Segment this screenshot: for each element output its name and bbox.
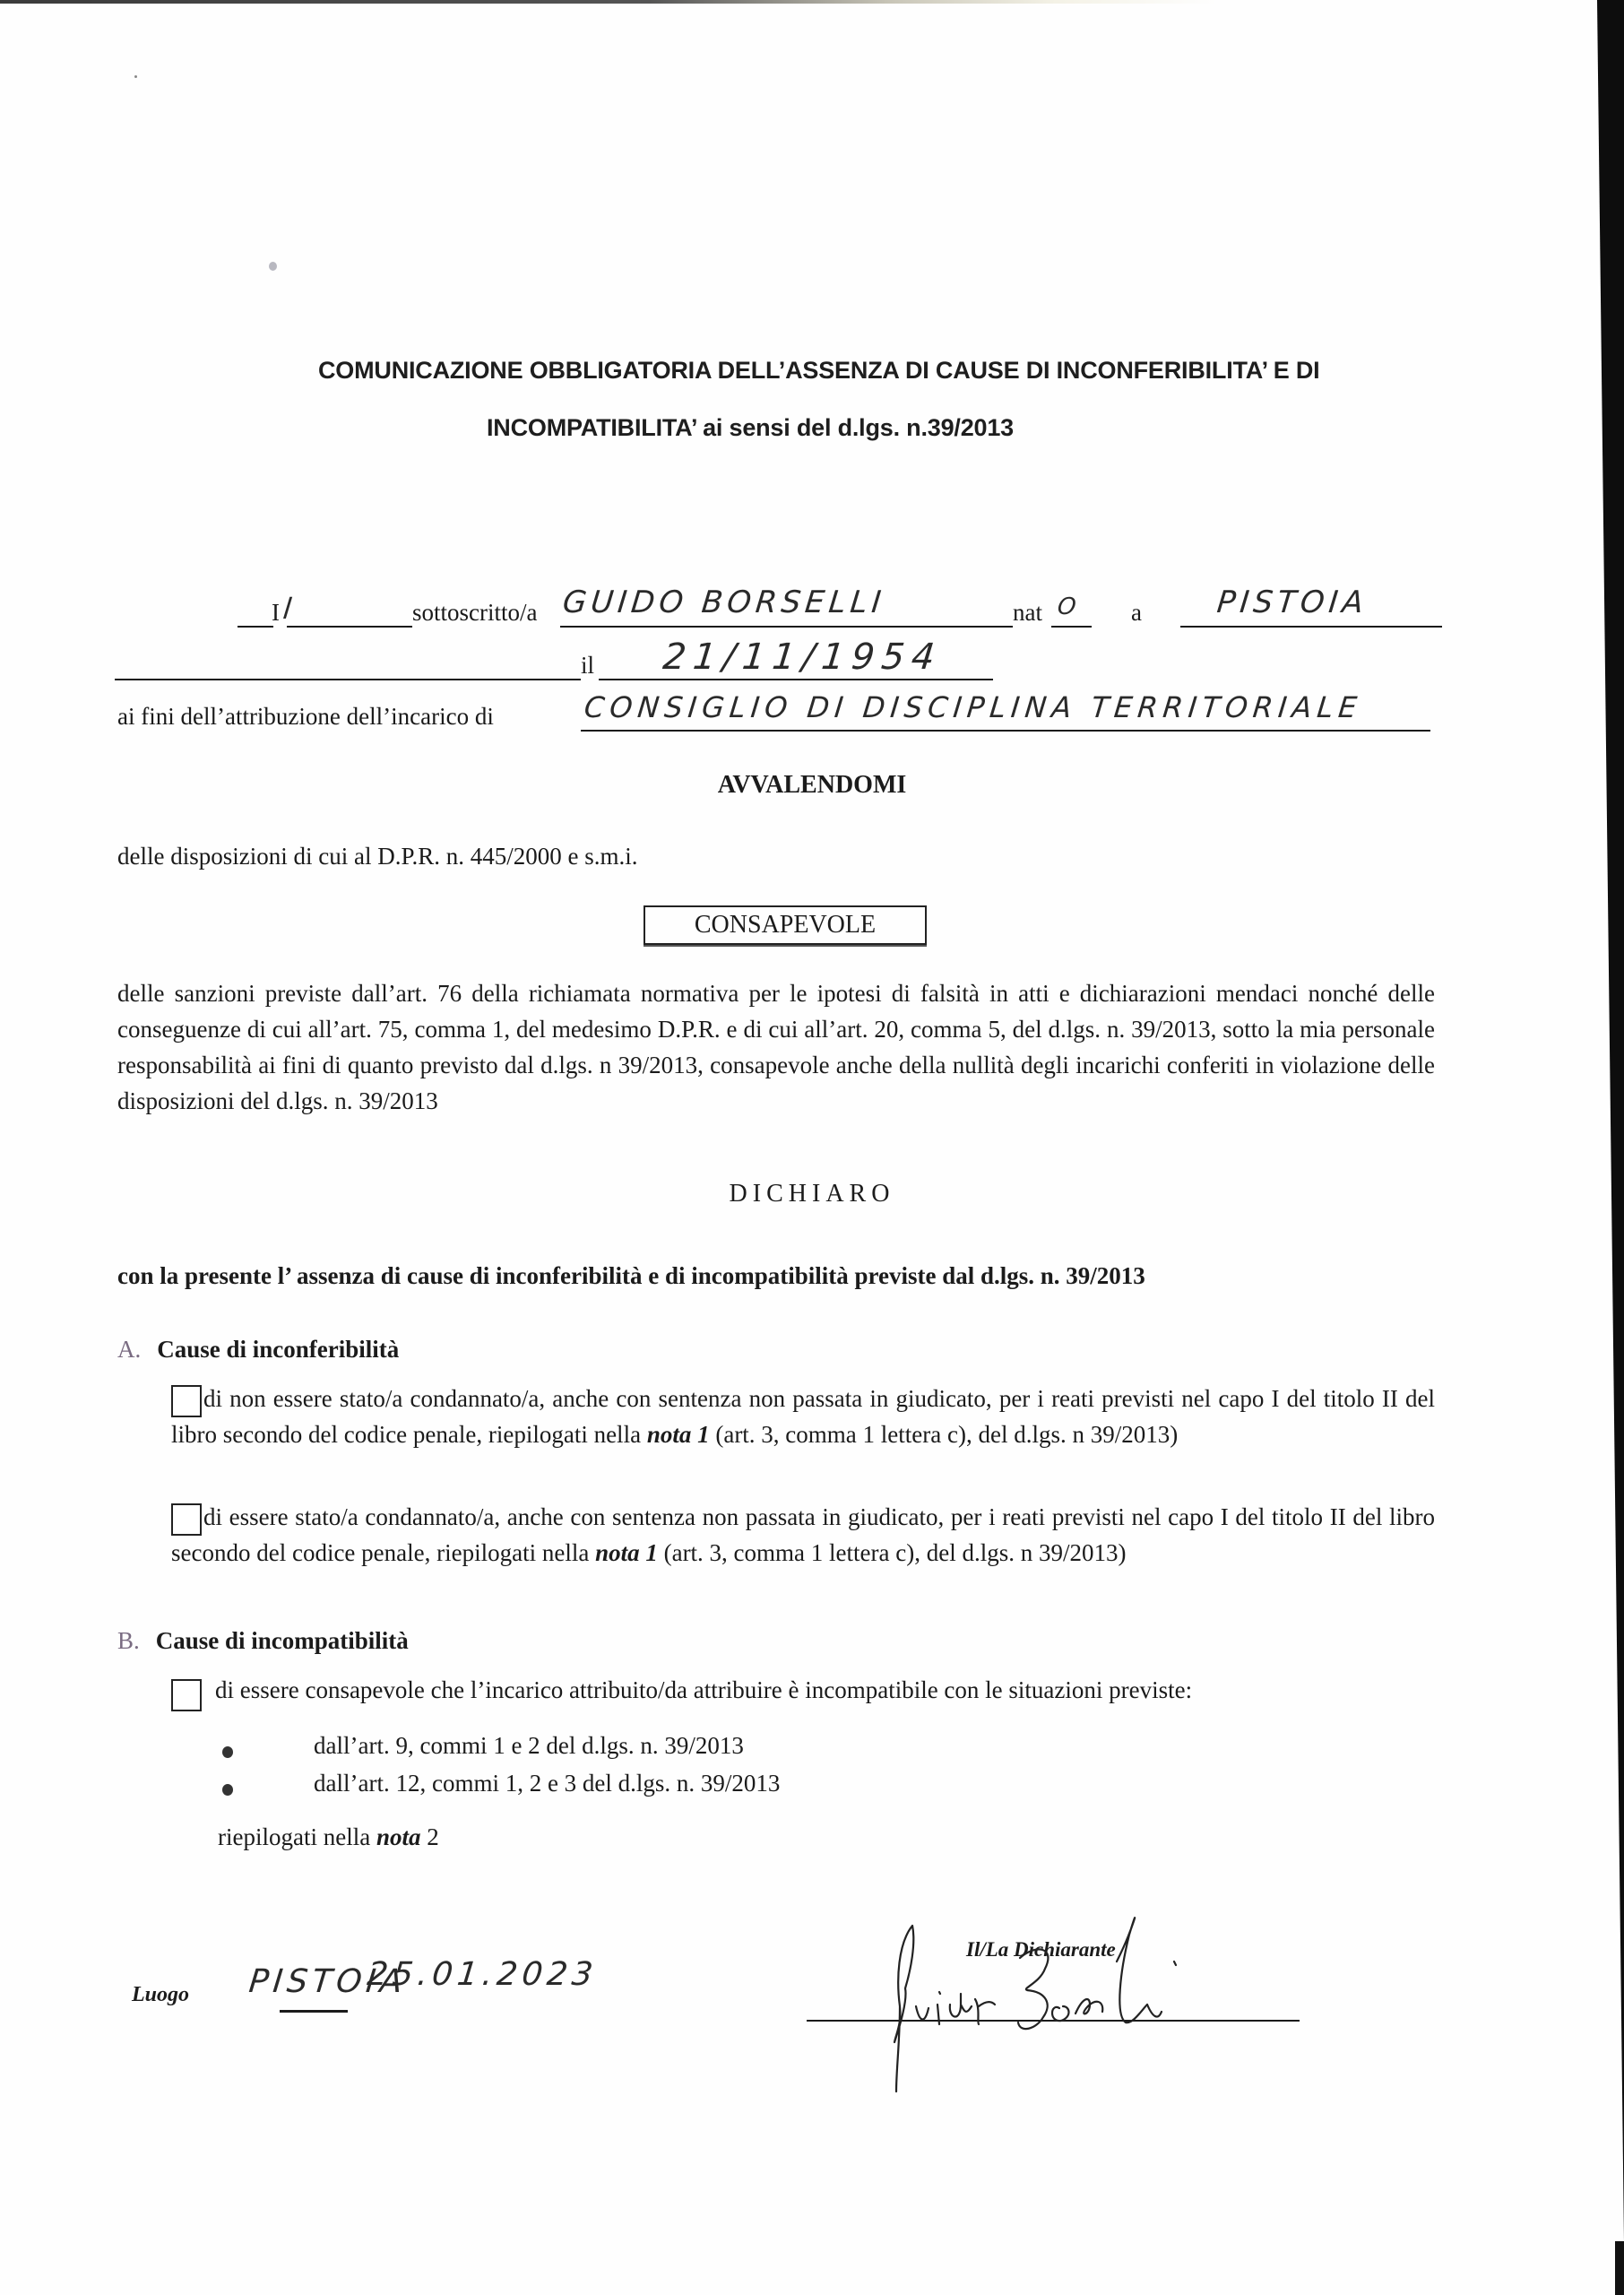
nota-1-ref: nota 1 bbox=[595, 1539, 658, 1566]
avvalendomi-heading: AVVALENDOMI bbox=[0, 771, 1624, 800]
incarico-field[interactable]: CONSIGLIO DI DISCIPLINA TERRITORIALE bbox=[583, 690, 1364, 724]
item-incompatibile: di essere consapevole che l’incarico att… bbox=[215, 1676, 1192, 1704]
bullet-icon bbox=[222, 1784, 233, 1796]
section-b-heading: B.Cause di incompatibilità bbox=[117, 1627, 409, 1655]
prefix-printed: I bbox=[272, 599, 280, 627]
nato-suffix-field[interactable]: O bbox=[1056, 593, 1082, 620]
birthplace-field[interactable]: PISTOIA bbox=[1215, 585, 1369, 620]
item-condannato: di essere stato/a condannato/a, anche co… bbox=[171, 1499, 1435, 1571]
document-title-line2: INCOMPATIBILITA’ ai sensi del d.lgs. n.3… bbox=[487, 414, 1624, 442]
scan-speck bbox=[269, 262, 277, 271]
incarico-field-line bbox=[581, 730, 1430, 732]
name-field-line bbox=[560, 626, 1013, 628]
blank-line bbox=[115, 679, 581, 680]
section-b-title: Cause di incompatibilità bbox=[156, 1627, 409, 1654]
luogo-underline bbox=[280, 2010, 348, 2013]
nato-label: nat bbox=[1013, 599, 1042, 627]
scan-corner-shadow bbox=[1615, 2241, 1624, 2295]
bullet-item-art9: dall’art. 9, commi 1 e 2 del d.lgs. n. 3… bbox=[314, 1732, 744, 1760]
consapevole-box: CONSAPEVOLE bbox=[644, 905, 927, 945]
scan-right-edge bbox=[1597, 0, 1624, 2241]
dichiaro-heading: DICHIARO bbox=[0, 1180, 1624, 1208]
document-title-line1: COMUNICAZIONE OBBLIGATORIA DELL’ASSENZA … bbox=[318, 357, 1624, 385]
scan-speck bbox=[134, 75, 137, 78]
nota-1-ref: nota 1 bbox=[647, 1421, 710, 1448]
a-label: a bbox=[1131, 599, 1142, 627]
section-b-letter: B. bbox=[117, 1627, 140, 1654]
sottoscritto-label: sottoscritto/a bbox=[412, 599, 537, 627]
checkbox-incompatibile[interactable] bbox=[171, 1679, 202, 1711]
name-field[interactable]: GUIDO BORSELLI bbox=[561, 585, 887, 620]
bullet-icon bbox=[222, 1746, 233, 1758]
blank-line bbox=[238, 626, 273, 628]
nato-suffix-line bbox=[1051, 626, 1092, 628]
birthdate-field[interactable]: 21/11/1954 bbox=[661, 637, 944, 678]
dpr-reference: delle disposizioni di cui al D.P.R. n. 4… bbox=[117, 843, 637, 870]
scan-top-edge bbox=[0, 0, 1624, 4]
signature[interactable]: Guido Borselli bbox=[860, 1908, 1326, 2105]
section-a-letter: A. bbox=[117, 1336, 141, 1363]
riepilogati-nota-2: riepilogati nella nota 2 bbox=[218, 1823, 439, 1851]
prefix-handwritten[interactable]: l bbox=[281, 592, 298, 626]
section-a-title: Cause di inconferibilità bbox=[157, 1336, 399, 1363]
birthplace-field-line bbox=[1180, 626, 1442, 628]
birthdate-field-line bbox=[599, 679, 993, 680]
luogo-label: Luogo bbox=[132, 1983, 189, 2007]
bullet-item-art12: dall’art. 12, commi 1, 2 e 3 del d.lgs. … bbox=[314, 1770, 780, 1797]
incarico-label: ai fini dell’attribuzione dell’incarico … bbox=[117, 703, 494, 731]
date-field[interactable]: 25.01.2023 bbox=[366, 1956, 599, 1993]
nota-2-ref: nota bbox=[376, 1823, 421, 1850]
il-label: il bbox=[581, 652, 594, 680]
section-a-heading: A.Cause di inconferibilità bbox=[117, 1336, 399, 1364]
blank-line bbox=[287, 626, 412, 628]
item-non-condannato: di non essere stato/a condannato/a, anch… bbox=[171, 1381, 1435, 1452]
sanzioni-paragraph: delle sanzioni previste dall’art. 76 del… bbox=[117, 975, 1435, 1119]
dichiaro-statement: con la presente l’ assenza di cause di i… bbox=[117, 1262, 1145, 1290]
